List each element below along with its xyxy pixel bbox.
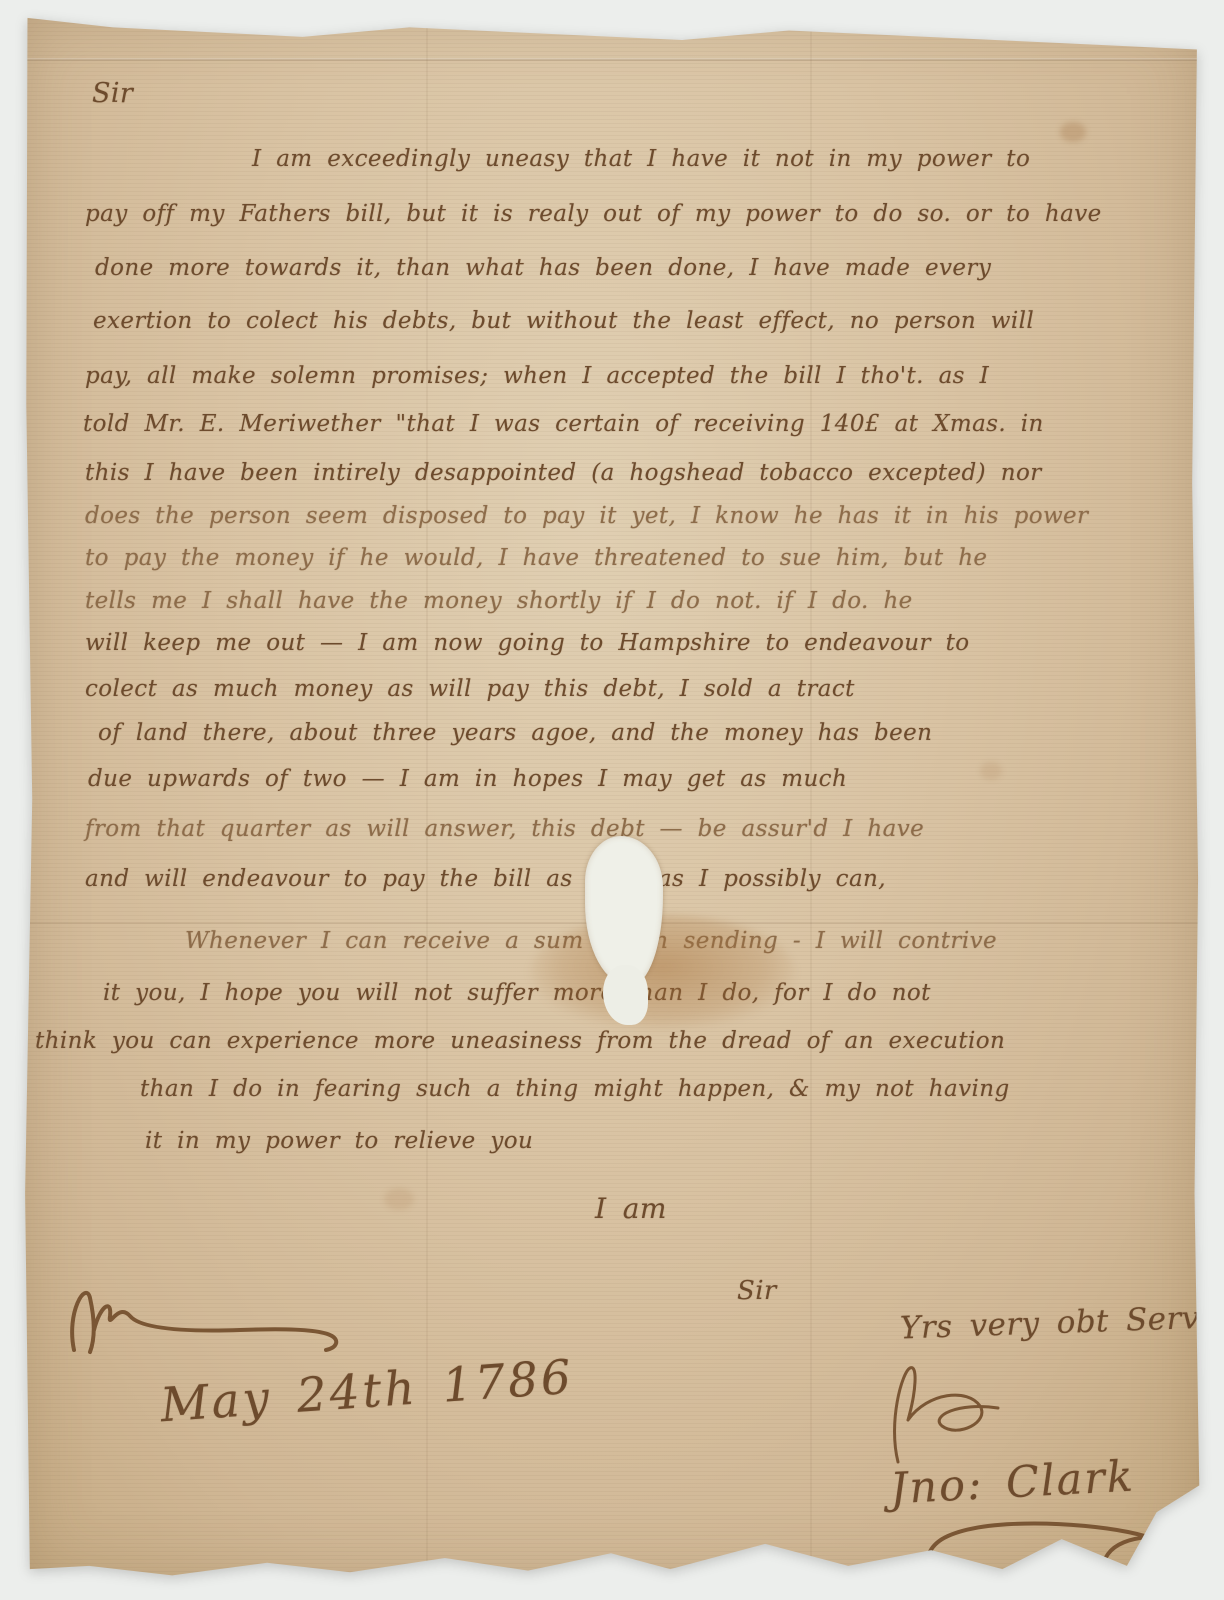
letter-line: tells me I shall have the money shortly … — [85, 590, 913, 613]
foxing-spot — [384, 1188, 414, 1210]
letter-line: told Mr. E. Meriwether "that I was certa… — [83, 413, 1044, 436]
letter-line: from that quarter as will answer, this d… — [85, 818, 924, 841]
closing-yours: Yrs very obt Servt — [900, 1303, 1213, 1345]
foxing-spot — [1060, 122, 1086, 142]
letter-line: to pay the money if he would, I have thr… — [85, 547, 987, 570]
letter-paper-wrap: Sir I am exceedingly uneasy that I have … — [18, 10, 1204, 1588]
letter-line: does the person seem disposed to pay it … — [85, 505, 1088, 528]
paper-stain — [530, 915, 795, 1030]
letter-line: this I have been intirely desappointed (… — [85, 462, 1042, 485]
letter-line: than I do in fearing such a thing might … — [140, 1078, 1010, 1101]
paper-hole-small — [603, 965, 648, 1025]
letter-line: it you, I hope you will not suffer more … — [103, 982, 931, 1005]
fold-crease-vertical-right — [810, 10, 812, 1588]
letter-line: will keep me out — I am now going to Ham… — [85, 632, 970, 655]
fold-crease-vertical-left — [426, 10, 428, 1588]
letter-line: done more towards it, than what has been… — [95, 257, 991, 280]
salutation-text: Sir — [92, 78, 133, 109]
fold-crease-top — [18, 58, 1204, 61]
letter-line: exertion to colect his debts, but withou… — [93, 310, 1034, 333]
photo-background: { "document_type": "handwritten-letter-p… — [0, 0, 1224, 1600]
docket-flourish-icon — [60, 1272, 370, 1362]
foxing-spot — [980, 762, 1002, 780]
letter-line: and will endeavour to pay the bill as so… — [85, 868, 886, 891]
letter-paper: Sir I am exceedingly uneasy that I have … — [18, 10, 1204, 1588]
salutation: Sir — [92, 80, 133, 107]
signature-flourish-icon — [918, 1502, 1218, 1597]
closing-sir: Sir — [737, 1278, 777, 1304]
letter-line: of land there, about three years agoe, a… — [98, 722, 932, 745]
letter-line: I am exceedingly uneasy that I have it n… — [252, 148, 1030, 171]
letter-date: May 24th 1786 — [159, 1354, 575, 1430]
signature-ascender-flourish-icon — [838, 1362, 1048, 1467]
closing-i-am: I am — [595, 1195, 667, 1223]
letter-line: pay off my Fathers bill, but it is realy… — [85, 203, 1102, 226]
letter-line: colect as much money as will pay this de… — [85, 678, 855, 701]
letter-line: it in my power to relieve you — [145, 1130, 533, 1153]
letter-line: think you can experience more uneasiness… — [35, 1030, 1005, 1053]
letter-line: due upwards of two — I am in hopes I may… — [88, 768, 847, 791]
letter-line: pay, all make solemn promises; when I ac… — [85, 365, 989, 388]
